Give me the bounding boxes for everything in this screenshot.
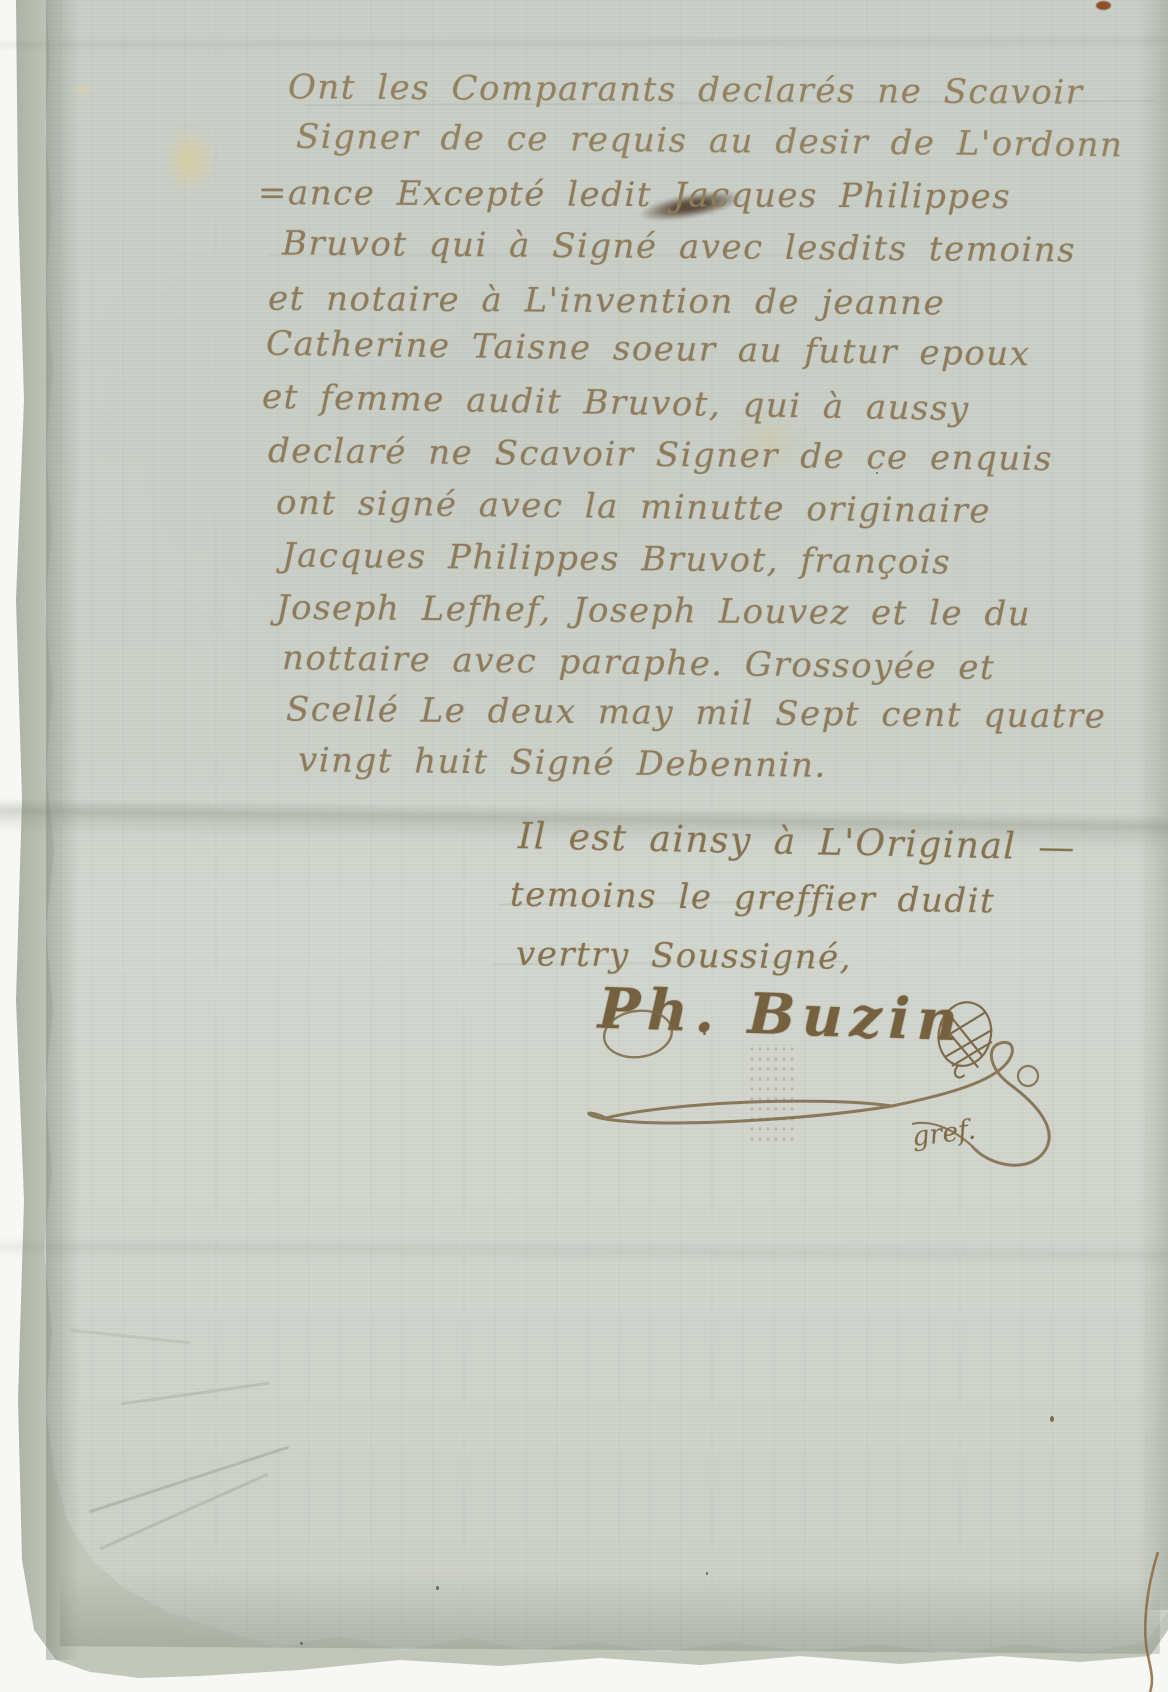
certification-line: temoins le greffier dudit [510, 875, 996, 922]
manuscript-line: Scellé Le deux may mil Sept cent quatre [286, 689, 1107, 736]
paper-speck [436, 1586, 439, 1590]
manuscript-line: declaré ne Scavoir Signer de ce enquis [268, 431, 1053, 479]
right-edge-shadow [1138, 0, 1168, 1610]
manuscript-line: vingt huit Signé Debennin. [298, 740, 827, 786]
manuscript-line: Joseph Lefhef, Joseph Louvez et le du [276, 588, 1031, 635]
paper-stain [72, 82, 94, 98]
paper-stain [162, 124, 216, 196]
signature-underline-flourish [520, 990, 1080, 1190]
manuscript-line: Jacques Philippes Bruvot, françois [282, 535, 952, 582]
paper-speck [300, 1642, 303, 1645]
manuscript-line: et notaire à L'invention de jeanne [268, 279, 945, 324]
binding-thread [1136, 1552, 1166, 1692]
paper-speck [1096, 1, 1111, 10]
manuscript-line: Bruvot qui à Signé avec lesdits temoins [282, 224, 1076, 271]
paper-speck [706, 1572, 708, 1575]
manuscript-line: =ance Excepté ledit Jacques Philippes [258, 173, 1011, 217]
manuscript-line: Ont les Comparants declarés ne Scavoir [288, 67, 1084, 113]
certification-line: vertry Soussigné, [516, 934, 852, 978]
scanned-manuscript-page: Ont les Comparants declarés ne Scavoir S… [0, 0, 1168, 1692]
paper-speck [1050, 1416, 1054, 1422]
bottom-edge-shadow [60, 1571, 1160, 1654]
